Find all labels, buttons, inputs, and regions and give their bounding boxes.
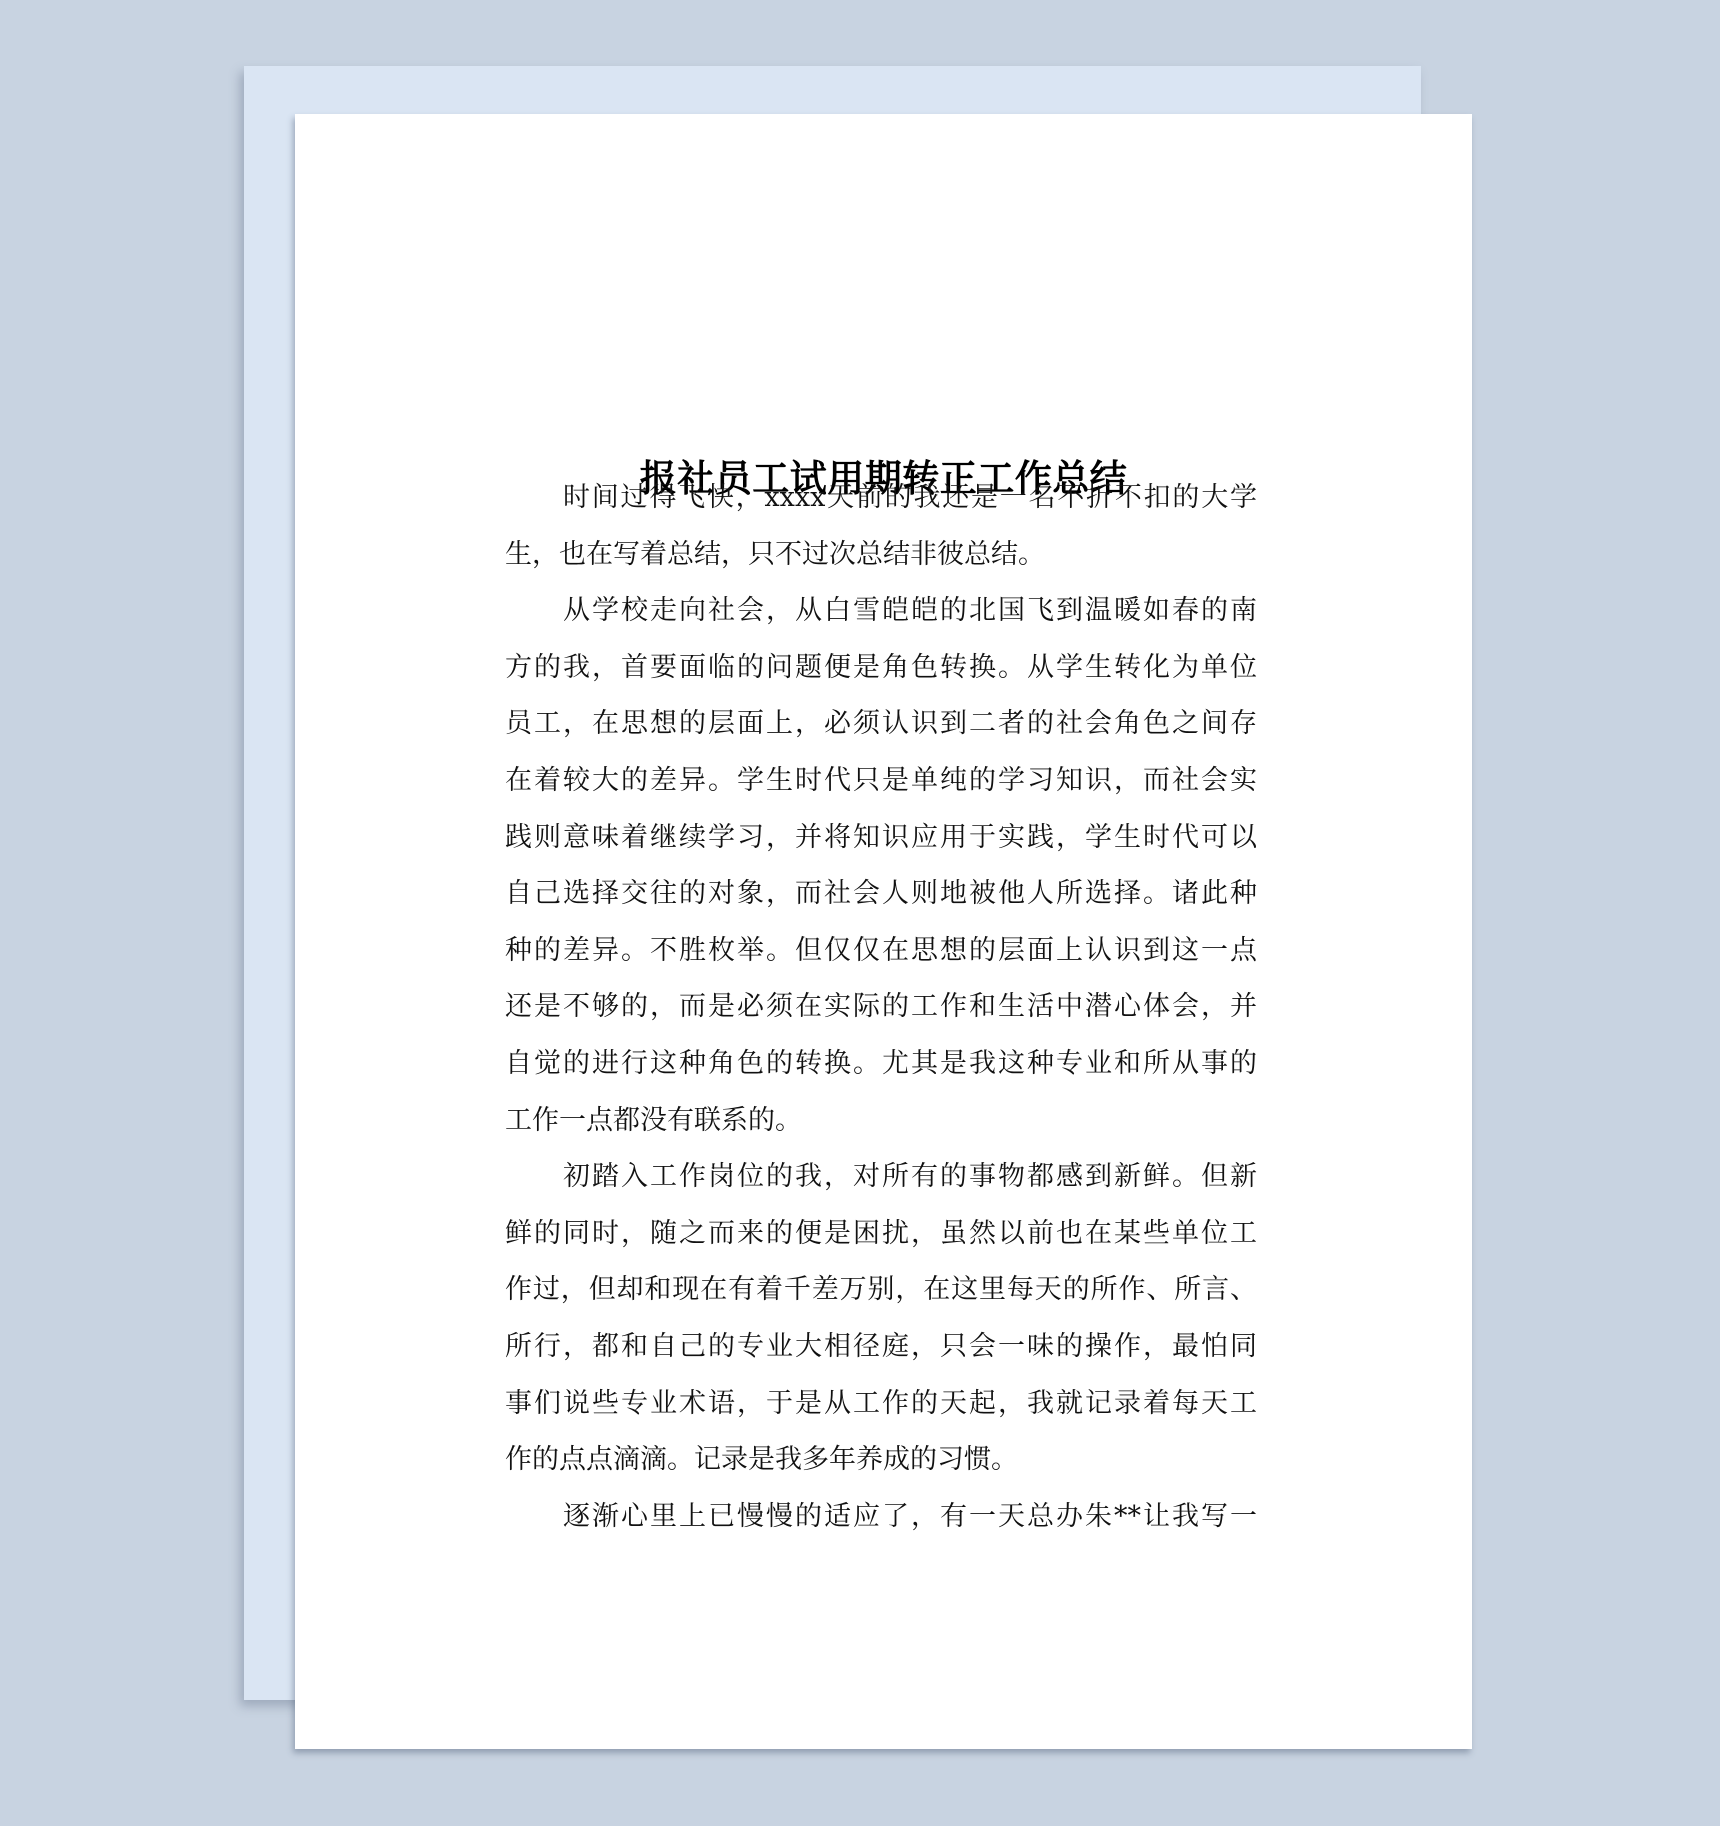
paragraph: 逐渐心里上已慢慢的适应了，有一天总办朱**让我写一	[505, 1489, 1257, 1546]
text-line: 所行，都和自己的专业大相径庭，只会一味的操作，最怕同	[505, 1319, 1257, 1376]
paragraph: 时间过得飞快，xxxx天前的我还是一名不折不扣的大学 生，也在写着总结，只不过次…	[505, 470, 1257, 583]
text-line: 种的差异。不胜枚举。但仅仅在思想的层面上认识到这一点	[505, 923, 1257, 980]
text-line: 逐渐心里上已慢慢的适应了，有一天总办朱**让我写一	[505, 1489, 1257, 1546]
text-line: 自己选择交往的对象，而社会人则地被他人所选择。诸此种	[505, 866, 1257, 923]
text-line: 生，也在写着总结，只不过次总结非彼总结。	[505, 527, 1257, 584]
text-line: 从学校走向社会，从白雪皑皑的北国飞到温暖如春的南	[505, 583, 1257, 640]
text-line: 在着较大的差异。学生时代只是单纯的学习知识，而社会实	[505, 753, 1257, 810]
paragraph: 初踏入工作岗位的我，对所有的事物都感到新鲜。但新 鲜的同时，随之而来的便是困扰，…	[505, 1149, 1257, 1489]
text-line: 鲜的同时，随之而来的便是困扰，虽然以前也在某些单位工	[505, 1206, 1257, 1263]
text-line: 自觉的进行这种角色的转换。尤其是我这种专业和所从事的	[505, 1036, 1257, 1093]
paragraph: 从学校走向社会，从白雪皑皑的北国飞到温暖如春的南 方的我，首要面临的问题便是角色…	[505, 583, 1257, 1149]
text-line: 方的我，首要面临的问题便是角色转换。从学生转化为单位	[505, 640, 1257, 697]
text-line: 作的点点滴滴。记录是我多年养成的习惯。	[505, 1432, 1257, 1489]
text-line: 时间过得飞快，xxxx天前的我还是一名不折不扣的大学	[505, 470, 1257, 527]
text-line: 还是不够的，而是必须在实际的工作和生活中潜心体会，并	[505, 979, 1257, 1036]
text-line: 初踏入工作岗位的我，对所有的事物都感到新鲜。但新	[505, 1149, 1257, 1206]
text-line: 工作一点都没有联系的。	[505, 1093, 1257, 1150]
text-line: 员工，在思想的层面上，必须认识到二者的社会角色之间存	[505, 696, 1257, 753]
text-line: 践则意味着继续学习，并将知识应用于实践，学生时代可以	[505, 810, 1257, 867]
document-page: 报社员工试用期转正工作总结 时间过得飞快，xxxx天前的我还是一名不折不扣的大学…	[295, 114, 1472, 1749]
text-line: 事们说些专业术语，于是从工作的天起，我就记录着每天工	[505, 1376, 1257, 1433]
document-body: 时间过得飞快，xxxx天前的我还是一名不折不扣的大学 生，也在写着总结，只不过次…	[505, 470, 1257, 1545]
text-line: 作过，但却和现在有着千差万别，在这里每天的所作、所言、	[505, 1262, 1257, 1319]
